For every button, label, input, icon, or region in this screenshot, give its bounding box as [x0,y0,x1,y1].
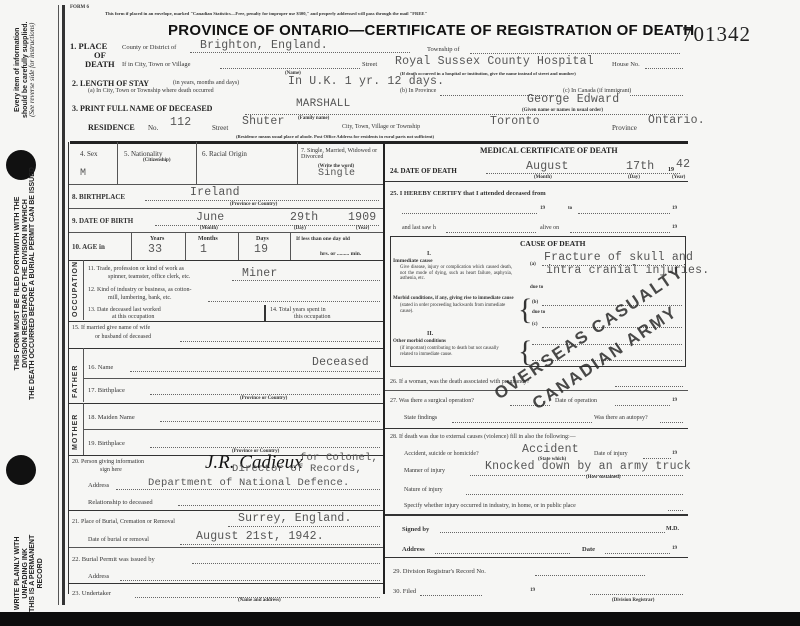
row-divider [69,583,383,584]
to-label: to [568,206,572,211]
cause-heading: CAUSE OF DEATH [520,239,585,248]
racial-origin-label: 6. Racial Origin [202,150,247,158]
physician-date-line[interactable] [605,553,670,554]
cell-divider [117,142,118,184]
day-caption: (Day) [628,175,640,180]
cell-divider [238,232,239,260]
burial-permit-label: 22. Burial Permit was issued by [72,556,155,563]
spouse-label: 15. If married give name of wife [72,325,150,331]
dob-label: 9. DATE OF BIRTH [72,217,133,225]
due-to-label: due to [532,310,545,315]
form-number: FORM 6 [70,5,89,10]
immediate-cause-desc: Give disease, injury or complication whi… [400,265,512,282]
last-saw-line[interactable] [446,232,536,233]
given-names-value[interactable]: George Edward [527,93,619,106]
note-line: Every item of information [14,22,22,118]
envelope-notice: This form if placed in an envelope, mark… [105,11,427,16]
note-line: WRITE PLAINLY WITH [14,535,22,612]
surgery-label: 27. Was there a surgical operation? [390,398,474,404]
burial-date-line [180,544,380,545]
dob-year-value[interactable]: 1909 [348,211,376,224]
row-divider [69,348,383,349]
year-prefix: 19 [672,451,677,456]
cell-divider [131,232,132,260]
father-name-line [130,371,380,372]
given-names-caption: (Given name or names in usual order) [522,108,603,113]
mother-maiden-label: 18. Maiden Name [88,414,135,421]
filed-line[interactable] [420,595,482,596]
occupation-section-label: OCCUPATION [72,261,79,317]
burial-date-value[interactable]: August 21st, 1942. [196,530,324,543]
registrar-record-line[interactable] [535,575,645,576]
residence-city-value[interactable]: Toronto [490,115,540,128]
manner-line [470,475,683,476]
attended-to-line[interactable] [578,213,670,214]
external-causes-label: 28. If death was due to external causes … [390,434,576,440]
father-birthplace-label: 17. Birthplace [88,387,125,394]
nationality-label: 5. Nationality [124,150,163,158]
birthplace-value[interactable]: Ireland [190,186,240,199]
county-label: County or District of [122,44,176,51]
death-certificate: Every item of information should be care… [0,0,800,626]
house-no-label: House No. [612,61,640,68]
city-line[interactable] [220,68,360,69]
morbid-label: Morbid conditions, if any, giving rise t… [393,296,514,301]
division-registrar-line[interactable] [590,594,683,595]
trade-label: 11. Trade, profession or kind of work as [88,266,184,272]
stay-city-label: (a) In City, Town or Township where deat… [88,88,214,94]
cause-b-label: (b) [532,300,538,305]
informant-label-2: sign here [100,467,122,473]
row-divider [385,514,688,516]
cell-divider [196,142,197,184]
date-of-death-label: 24. DATE OF DEATH [390,167,457,175]
stay-province-label: (b) In Province [400,88,436,94]
place-of-death-label-death: DEATH [85,59,115,69]
margin-rule-inner [58,5,59,605]
punch-hole-bottom [6,455,36,485]
length-of-stay-label: 2. LENGTH OF STAY [72,79,149,88]
autopsy-line[interactable] [660,422,683,423]
row-divider [69,232,383,233]
year-prefix: 19 [530,588,535,593]
margin-rule [62,5,65,605]
surgery-date-line[interactable] [615,405,670,406]
year-caption: (Year) [672,175,685,180]
section-divider [83,348,84,402]
physician-address-line[interactable] [435,553,570,554]
form-title: PROVINCE OF ONTARIO—CERTIFICATE OF REGIS… [168,22,695,39]
father-section-label: FATHER [72,365,79,398]
year-prefix: 19 [672,206,677,211]
cell-divider [264,305,266,321]
physician-address-label: Address [402,546,425,553]
trade-value[interactable]: Miner [242,267,278,280]
year-prefix: 19 [540,206,545,211]
trade-line [232,280,380,281]
burial-place-label: 21. Place of Burial, Cremation or Remova… [72,519,175,525]
signed-by-label: Signed by [402,526,429,533]
row-divider [69,510,383,511]
filed-label: 30. Filed [393,588,416,595]
column-divider [383,142,385,594]
medical-heading: MEDICAL CERTIFICATE OF DEATH [480,146,618,155]
note-line: THIS IS A PERMANENT [29,535,37,612]
burial-date-label: Date of burial or removal [88,537,149,543]
month-caption: (Month) [534,175,552,180]
row-divider [69,547,383,548]
relationship-line[interactable] [178,505,380,506]
informant-address-value[interactable]: Department of National Defence. [148,477,350,489]
years-label: Years [150,236,164,242]
industry-label-2: mill, lumbering, bank, etc. [108,295,172,301]
permit-address-label: Address [88,573,109,580]
specify-label: Specify whether injury occurred in indus… [404,503,576,509]
street-value[interactable]: Royal Sussex County Hospital [395,55,594,68]
undertaker-caption: (Name and address) [238,598,281,603]
note-line: UNFADING INK [22,535,30,612]
family-name-caption: (Family name) [298,116,329,121]
year-caption: (Year) [356,226,369,231]
dob-line [155,225,379,226]
full-name-label: 3. PRINT FULL NAME OF DECEASED [72,104,212,113]
alive-on-label: alive on [540,225,559,231]
manner-label: Manner of injury [404,468,445,474]
row-divider [69,184,383,185]
death-month-value[interactable]: August [526,160,569,173]
nationality-caption: (Citizenship) [143,158,171,163]
township-label: Township of [427,46,460,53]
filing-note: THIS FORM MUST BE FILED FORTHWITH WITH T… [14,167,37,400]
residence-street-value[interactable]: Shuter [242,115,285,128]
death-year-value[interactable]: 42 [676,158,690,171]
note-line: DIVISION REGISTRAR OF THE DIVISION IN WH… [22,167,30,400]
sex-label: 4. Sex [80,150,98,158]
year-prefix: 19 [672,546,677,551]
row-divider [69,208,383,209]
brace: { [518,295,532,325]
scan-border [0,612,800,626]
note-line: RECORD [37,535,45,612]
death-year-prefix: 19 [668,167,674,173]
cell-divider [290,232,291,260]
nature-label: Nature of injury [404,487,443,493]
months-label: Months [198,236,218,242]
informant-address-line [116,489,380,490]
residence-province-label: Province [612,124,637,132]
row-divider [69,260,383,261]
last-worked-label: 13. Date deceased last worked [88,307,161,313]
stay-value[interactable]: In U.K. 1 yr. 12 days. [288,75,444,88]
findings-line[interactable] [452,422,592,423]
sex-value[interactable]: M [80,168,86,179]
manner-value[interactable]: Knocked down by an army truck [485,460,691,473]
certify-label: 25. I HEREBY CERTIFY that I attended dec… [390,190,546,197]
injury-date-line[interactable] [643,458,671,459]
residence-street-label: Street [212,124,228,132]
cell-divider [297,142,298,184]
section-divider [70,141,688,144]
alive-on-line[interactable] [570,232,670,233]
burial-permit-line[interactable] [192,563,380,564]
house-no-line[interactable] [645,68,683,69]
immediate-cause-label: Immediate cause [393,258,433,264]
father-birthplace-caption: (Province or Country) [240,396,287,401]
undertaker-label: 23. Undertaker [72,590,111,597]
certificate-number: 701342 [682,22,751,47]
row-divider [84,429,383,430]
year-prefix: 19 [672,225,677,230]
month-caption: (Month) [200,226,218,231]
industry-line[interactable] [208,301,380,302]
note-line: (See reverse side for instructions) [29,22,37,118]
division-registrar-caption: (Division Registrar) [612,598,654,603]
spouse-line[interactable] [180,341,380,342]
residence-city-label: City, Town, Village or Township [342,124,420,130]
nature-line[interactable] [466,494,683,495]
section-divider [83,260,84,320]
burial-place-value[interactable]: Surrey, England. [238,512,352,525]
cause-c-label: (c) [532,322,538,327]
father-name-label: 16. Name [88,364,113,371]
physician-date-label: Date [582,546,595,553]
dob-day-value[interactable]: 29th [290,211,318,224]
last-saw-label: and last saw h [402,225,436,231]
year-prefix: 19 [672,398,677,403]
burial-place-line [228,526,380,527]
cell-divider [185,232,186,260]
autopsy-label: Was there an autopsy? [594,415,648,421]
day-caption: (Day) [294,226,306,231]
residence-no-label: No. [148,124,158,132]
length-of-stay-sub: (in years, months and days) [173,80,239,86]
stay-canada-line[interactable] [630,95,683,96]
relationship-label: Relationship to deceased [88,499,153,506]
row-divider [69,403,383,404]
note-line: THE DEATH OCCURRED BEFORE A BURIAL PERMI… [29,167,37,400]
note-line: THIS FORM MUST BE FILED FORTHWITH WITH T… [14,167,22,400]
last-worked-label-2: at this occupation [112,314,154,320]
dob-month-value[interactable]: June [196,211,224,224]
cause-a-value-1[interactable]: Fracture of skull and [544,251,693,264]
mother-section-label: MOTHER [72,414,79,450]
pregnancy-line[interactable] [615,386,683,387]
ink-note: WRITE PLAINLY WITH UNFADING INK THIS IS … [14,535,45,612]
death-day-value[interactable]: 17th [626,160,654,173]
attended-from-line[interactable] [402,213,537,214]
residence-label: RESIDENCE [88,123,135,132]
accident-value[interactable]: Accident [522,443,579,456]
left-column-border [68,142,69,594]
mother-birthplace-label: 19. Birthplace [88,440,125,447]
birthplace-label: 8. BIRTHPLACE [72,193,125,201]
specify-line[interactable] [668,510,683,511]
mother-maiden-line[interactable] [160,421,380,422]
row-divider [385,181,688,182]
residence-province-value[interactable]: Ontario. [648,114,705,127]
roman-one: I. [427,251,431,257]
age-months-value[interactable]: 1 [200,243,207,256]
row-divider [69,321,383,322]
injury-date-label: Date of injury [594,451,628,457]
trade-label-2: spinner, teamster, office clerk, etc. [108,274,190,280]
county-line [190,52,410,53]
md-label: M.D. [666,526,679,532]
age-years-value[interactable]: 33 [148,243,162,256]
signed-by-line[interactable] [440,532,665,533]
manner-caption: (How sustained) [586,475,621,480]
date-of-death-line [486,173,680,174]
marital-status-value[interactable]: Single [318,168,355,179]
age-days-value[interactable]: 19 [254,243,268,256]
signature-title-2: Director of Records, [232,463,362,475]
other-conditions-label: Other morbid conditions [393,339,446,344]
birthplace-caption: (Province or Country) [230,202,277,207]
marital-status-label: 7. Single, Married, Widowed or Divorced [301,148,381,161]
residence-no-value[interactable]: 112 [170,116,191,129]
family-name-value[interactable]: MARSHALL [296,98,350,110]
morbid-desc: (stated in order proceeding backwards fr… [400,303,512,314]
full-name-line [245,114,685,115]
birthplace-line [145,200,379,201]
hrs-min-label: hrs. or ......... min. [320,251,361,257]
permit-address-line[interactable] [120,580,380,581]
row-divider [385,557,688,558]
street-label: Street [362,61,377,68]
father-name-value[interactable]: Deceased [312,356,369,369]
due-to-label: due to [530,285,543,290]
registrar-record-label: 29. Division Registrar's Record No. [393,568,486,575]
instructions-note: Every item of information should be care… [14,22,37,118]
township-line[interactable] [470,53,680,54]
days-label: Days [256,236,269,242]
total-years-label-2: this occupation [294,314,331,320]
county-value[interactable]: Brighton, England. [200,39,328,52]
spouse-label-2: or husband of deceased [95,334,151,340]
city-label: If in City, Town or Village [122,61,191,68]
roman-two: II. [427,331,433,337]
less-than-day-label: If less than one day old [296,236,350,242]
mother-birthplace-line[interactable] [150,447,380,448]
row-divider [385,428,688,429]
accident-label: Accident, suicide or homicide? [404,451,479,457]
father-birthplace-line[interactable] [150,394,380,395]
age-label: 10. AGE in [72,243,105,251]
other-conditions-desc: (if important) contributing to death but… [400,346,512,357]
informant-label: 20. Person giving information [72,459,144,465]
findings-label: State findings [404,415,437,421]
industry-label: 12. Kind of industry or business, as cot… [88,287,192,293]
total-years-label: 14. Total years spent in [270,307,326,313]
residence-caption: (Residence means usual place of abode. P… [236,134,434,139]
row-divider [84,378,383,379]
informant-address-label: Address [88,482,109,489]
cause-a-label: (a) [530,262,536,267]
